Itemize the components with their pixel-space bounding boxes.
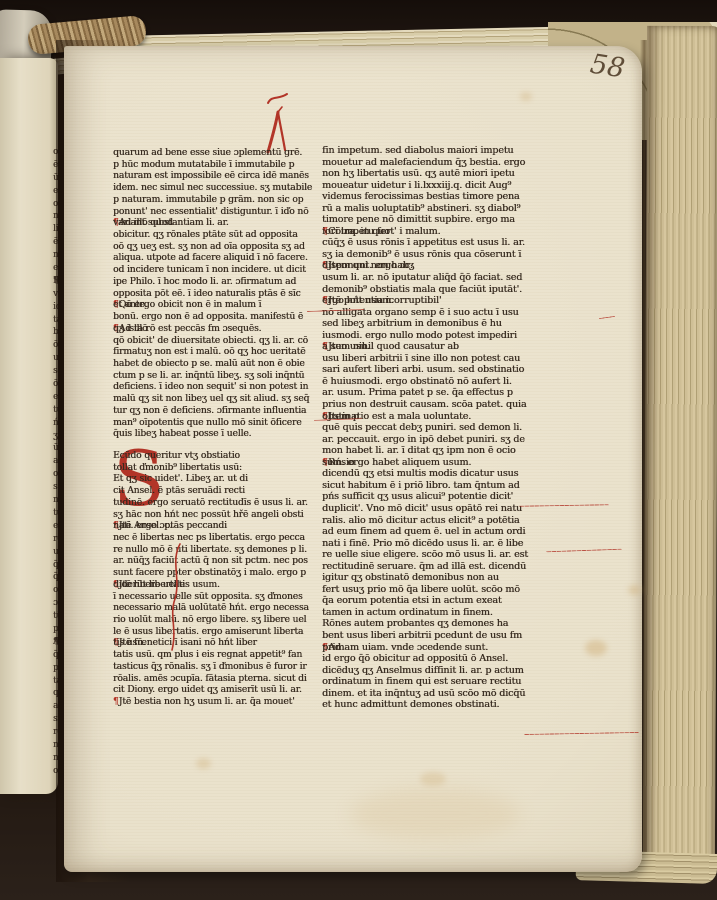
red-ink-margin-line [546, 549, 622, 553]
text-line: Ecūdo queritur vtʒ obstiatio [113, 450, 119, 462]
text-line: sicut habitum ē i priō libro. tam q̄ntum… [322, 480, 546, 492]
text-line: quarum ad bene esse siue ɔplementū grē. [113, 147, 297, 159]
text-line: id ergo q̄ō obicitur ad oppositū ō Ansel… [322, 653, 546, 665]
text-column-right: fin impetum. sed diabolus maiori impetum… [322, 145, 546, 711]
text-line: ńt mutatōni [0, 417, 53, 430]
red-ink-dash [599, 316, 615, 319]
initial-S-flourish [166, 542, 186, 654]
text-line: rio uolūt malū. nō ergo libere. sʒ liber… [113, 614, 119, 626]
text-line: ola alteritate. [0, 765, 53, 778]
text-line: p hūc modum mutatabile ī immutabile p [113, 159, 297, 171]
text-line: nec ē libertas nec ps libertatis. ergo p… [113, 532, 119, 544]
text-line: o dicta ē. q̄a [0, 198, 53, 211]
text-line: malū qʒ sit non libeʒ uel qʒ sit aliud. … [113, 393, 297, 405]
paragraph-quarum: quarum ad bene esse siue ɔplementū grē.p… [113, 147, 297, 440]
text-line: ertas a mise [0, 262, 53, 275]
text-line: ordinatum in finem qui est seruare recti… [322, 676, 546, 688]
text-line: nati. ergo ɔc. ¶ Jtē Ansel. ptās peccand… [113, 520, 119, 532]
text-line: cit Ansel. ē ptās seruādi recti [113, 485, 119, 497]
text-line: naturam est impossibile eē circa idē man… [113, 170, 297, 182]
text-line: opposita pōt eē. ī ideo naturalis ptās ē… [113, 288, 297, 300]
text-line: tus ī aliud cō [0, 404, 53, 417]
text-line: aliqua. utpote ad facere aliquid ī nō fa… [113, 252, 297, 264]
text-line: obicitur prio [0, 468, 53, 481]
text-line: io mō q̄ntus [0, 301, 53, 314]
text-line: sit p naturā. ī [0, 713, 53, 726]
text-line: timore pene nō dimittit supbire. ergo ma [322, 214, 546, 226]
text-line: moueatur uidetur i li.lxxxiij.q. dicit A… [322, 180, 546, 192]
text-line: sum. ergo habet aliquem usum. ¶ Rńsio [322, 457, 546, 469]
text-line: non hʒ libertatis usū. qʒ autē miori ipe… [322, 168, 546, 180]
text-line: sʒ hāc non hńt nec possūt hřē angeli obs… [113, 509, 119, 521]
text-line: ralis. alio mō dicitur actus elicit⁹ a p… [322, 515, 546, 527]
text-line: ar. nūq̄ʒ faciūt actū q̄ non sit pctm. n… [113, 555, 119, 567]
text-line: bonū. ergo non ē ad opposita. manifestū … [113, 311, 297, 323]
text-line: duplicit'. Vno mō dicit' usus opātō rei … [322, 503, 546, 515]
text-line: necessario malā uolūtatē hńt. ergo neces… [113, 602, 119, 614]
text-line: extigut. sic li. [0, 520, 53, 533]
text-line: ¶ Ad illō q̄ō [0, 636, 53, 649]
text-line: ē corrūpens [0, 159, 53, 172]
text-line: usum li. ar. nō iputatur aliq̄d q̄ō faci… [322, 272, 546, 284]
text-line: sari aufert liberi arbi. usum. sed obsti… [322, 364, 546, 376]
text-line: q̄uis libeʒ habeat posse ī uelle. [113, 428, 297, 440]
text-line: rentem defe [0, 726, 53, 739]
text-line: qʒ ista rō est peccās fm ɔsequēs. ¶ Ad i… [113, 323, 297, 335]
text-line: demonib⁹ obstiatis mala que faciūt iputā… [322, 284, 546, 296]
text-line: man⁹ oīpotentis que nullo mō sinit ōfice… [113, 417, 297, 429]
folio-number: 58 [587, 44, 653, 95]
text-line: pńs sufficit qʒ usus alicui⁹ potentie di… [322, 491, 546, 503]
text-line: sʒ ia demonib⁹ ē usus rōnis qua cōserunt… [322, 249, 546, 261]
text-line: tari q̄ntuʒ ad [0, 314, 53, 327]
foxing-stain [520, 92, 532, 101]
paragraph-secundo-text: Ecūdo queritur vtʒ obstiatiotollat ďmoni… [113, 450, 119, 708]
foxing-stain [420, 772, 446, 786]
text-line: videmus ferocissimas bestias timore pena [322, 191, 546, 203]
text-line: alteret' nō tū [0, 455, 53, 468]
text-line: ar. usum. Prima patet p se. q̄a effectus… [322, 387, 546, 399]
text-line: cūq̄ʒ ē usus rōnis ī appetitus est usus … [322, 237, 546, 249]
incunabulum-book-photo: osirmans alē corrūpensūipat aliquidet. e… [0, 0, 717, 900]
text-line: ponunt' nec essentialit' distiguntur. ī … [113, 206, 297, 218]
foxing-stain [350, 788, 520, 840]
text-line: cit Diony. ergo uidet qʒ amiserīt usū li… [113, 684, 119, 696]
foxing-stain [196, 758, 211, 769]
text-line: sunt facere ppter obstinatōʒ i malo. erg… [113, 567, 119, 579]
text-line: le ē usus libertatis. ergo amiserunt lib… [113, 626, 119, 638]
text-line: s. oō qʒ aliq̄d [0, 481, 53, 494]
text-line: dicendū qʒ etsi multis modis dicatur usu… [322, 468, 546, 480]
text-line: variant substantiam li. ar. ¶ Ad illō qu… [113, 217, 297, 229]
foxing-stain [628, 585, 641, 595]
text-line: ō. sic sine du [0, 339, 53, 352]
text-line: dicēduʒ qʒ Anselmus diffinit li. ar. p a… [322, 665, 546, 677]
red-ink-margin-line [524, 732, 639, 735]
text-column-left: quarum ad bene esse siue ɔplementū grē.p… [113, 147, 297, 497]
text-line: a suo usu. ¶ Jtem nihil quod causatur ab [322, 341, 546, 353]
text-line: q̄a eorum potentia etsi in actum exeat [322, 595, 546, 607]
text-line: libeʒ a mise [0, 223, 53, 236]
text-line: turale ppt' na [0, 507, 53, 520]
text-line: rectitudinē seruare. q̄m ad illā est. di… [322, 561, 546, 573]
text-line: ure ōfectū. ut [0, 546, 53, 559]
text-line: ¶ Jtē bestia non hʒ usum li. ar. q̄a mou… [113, 696, 119, 708]
facing-page-text-fragment: osirmans alē corrūpensūipat aliquidet. e… [0, 146, 56, 778]
text-line: ēs facit libeʒ [0, 236, 53, 249]
text-line: Rōnes autem probantes qʒ demones ha [322, 618, 546, 630]
text-line: tis usū. ¶ Jtē frenetici ī isani nō hńt … [113, 637, 119, 649]
text-line: vno mō q̄n [0, 288, 53, 301]
text-line: rōalis. amēs ɔcupīa. fātasia pterna. sic… [113, 673, 119, 685]
text-line: pari ad substā [0, 662, 53, 675]
text-line: tudinē. ergo seruatō rectitudīs ē usus l… [113, 497, 119, 509]
text-line: osirmans al [0, 146, 53, 159]
text-line: obicitur. qʒ rōnales ptāte sūt ad opposi… [113, 229, 297, 241]
text-line: re nullo mō ē uti libertate. sʒ demones … [113, 544, 119, 556]
text-line: oō qʒ ueʒ est. sʒ non ad oīa opposita sʒ… [113, 241, 297, 253]
text-line: tatis usū. qm plus i eis regnat appetit⁹… [113, 649, 119, 661]
text-line: et hunc admittunt demones obstinati. [322, 699, 546, 711]
text-line: bent usus liberi arbitrii pcedunt de usu… [322, 630, 546, 642]
text-line: alāt' diuersificā [0, 700, 53, 713]
text-line: ūa termīata. [0, 442, 53, 455]
text-line: tamen in actum ordinatum in finem. [322, 607, 546, 619]
text-line: obstinatio est a mala uoluntate. ¶ Jtem … [322, 411, 546, 423]
text-line: ergo hńt usum. ¶ Jtē potentia icorruptib… [322, 295, 546, 307]
text-line: et ante. ¶ Qō ergo obicit non ē in malum… [113, 299, 297, 311]
text-line: tū. ī tale q̄ō ē [0, 610, 53, 623]
text-line: ūipat aliquid [0, 172, 53, 185]
text-line: od incidere tunicam ī non incidere. ut d… [113, 264, 297, 276]
text-line: ī necessario uelle sūt opposita. sʒ ďmon… [113, 591, 119, 603]
text-line: tasticus q̄ʒ rōnalis. sʒ ī ďmonibus ē fu… [113, 661, 119, 673]
text-line: iusmodi. ergo nullo modo potest impediri [322, 330, 546, 342]
manuscript-page: 58 quarum ad bene esse siue ɔplementū gr… [64, 46, 642, 872]
text-line: re ɔplemētus [0, 533, 53, 546]
text-line: n q̄ō ē sub una [0, 752, 53, 765]
text-line: dinem. et ita inq̄ntuʒ ad usū scōo mō di… [322, 688, 546, 700]
text-line: iori impetu fert' i malum. ¶ Cōtra. in q… [322, 226, 546, 238]
text-line: ntie opp osite. [0, 739, 53, 752]
text-line: rū a malis uoluptatib⁹ abstineri. sʒ dia… [322, 203, 546, 215]
fore-edge-pages [643, 26, 717, 878]
text-line: et. ergo nihil [0, 185, 53, 198]
text-line: primam uiam. vnde ɔcedende sunt. ¶ Ad [322, 642, 546, 654]
text-line: disponunt. ergo ɔc. ¶ Jtem qui non habʒ [322, 260, 546, 272]
text-line: mouetur ad malefaciendum q̄ʒ bestia. erg… [322, 157, 546, 169]
text-line: q̄ sic mortale [0, 649, 53, 662]
text-line: firmatuʒ non est i malū. oō qʒ hoc uerit… [113, 346, 297, 358]
text-line: mō mutat. [0, 210, 53, 223]
text-line: sed libeʒ arbitrium in demonibus ē hu [322, 318, 546, 330]
text-line: tollat ďmonib⁹ libertatis usū: [113, 462, 119, 474]
text-line: idem. nec simul nec successiue. sʒ mutab… [113, 182, 297, 194]
text-line: scōo iducte. [0, 365, 53, 378]
text-line: diderūt libertatis usum. ¶ Jtē libere ue… [113, 579, 119, 591]
text-line: tur qʒ non ē deficiens. ɔfirmante influe… [113, 405, 297, 417]
text-line: ɔplemētū. nō [0, 597, 53, 610]
text-line: ipe Philo. ī hoc modo li. ar. ɔfirmatum … [113, 276, 297, 288]
text-line: ar. peccauit. ergo in ipō debet puniri. … [322, 434, 546, 446]
text-line: fert usuʒ prio mō q̄a libere uolūt. scōo… [322, 584, 546, 596]
text-line: fin impetum. sed diabolus maiori impetu [322, 145, 546, 157]
text-line: ¶ Rńo. oō [0, 275, 53, 288]
text-line: ctum p se li. ar. inq̄ntū libeʒ. sʒ soli… [113, 370, 297, 382]
text-line: mutat li. ar. [0, 249, 53, 262]
text-line: nati i finē. Prio mō dicēdo usus li. ar.… [322, 538, 546, 550]
text-line: qō obicit' de diuersitate obiecti. qʒ li… [113, 335, 297, 347]
text-line: re uelle siue eligere. scōo mō usus li. … [322, 549, 546, 561]
text-line: quē quis peccat debʒ puniri. sed demon l… [322, 422, 546, 434]
red-ink-margin-line [519, 504, 609, 507]
text-line: Et qʒ sic uidet'. Libeʒ ar. ut di [113, 473, 119, 485]
facing-page-strip: osirmans alē corrūpensūipat aliquidet. e… [0, 58, 58, 794]
text-line: mon habet li. ar. ī ditat qʒ ipm non ē o… [322, 445, 546, 457]
text-line: usu liberi arbitrii ī sine illo non pote… [322, 353, 546, 365]
text-line: mentū vtpote [0, 494, 53, 507]
text-line: ossit hřē ueri [0, 584, 53, 597]
text-line: deficiens. ī ideo non sequit' si non pot… [113, 381, 297, 393]
text-line: ē huiusmodi. ergo obstinatō nō aufert li… [322, 376, 546, 388]
text-line: p naturam. immutabile p grām. non sic op [113, 194, 297, 206]
text-line: ʒ solū prime. [0, 430, 53, 443]
text-line: bene eē. Si [0, 326, 53, 339]
text-line: posse peccare [0, 623, 53, 636]
text-line: ōne scōo mō [0, 378, 53, 391]
text-line: etiā absqʒ du [0, 391, 53, 404]
text-line: prius non destruit causam. scōa patet. q… [322, 399, 546, 411]
text-line: q̄ pdit illō q̄ō [0, 571, 53, 584]
text-line: utat cū pfici [0, 352, 53, 365]
text-line: ad eum finem ad quem ē. uel in actum ord… [322, 526, 546, 538]
text-line: igitur qʒ obstinatō demonibus non au [322, 572, 546, 584]
text-line: q̄ō obicitur qʒ [0, 559, 53, 572]
text-line: qʒ sit p naturā [0, 687, 53, 700]
text-line: tabile ad liber [0, 675, 53, 688]
text-line: habet de obiecto p se. malū aūt non ē ob… [113, 358, 297, 370]
foxing-stain [585, 640, 607, 656]
